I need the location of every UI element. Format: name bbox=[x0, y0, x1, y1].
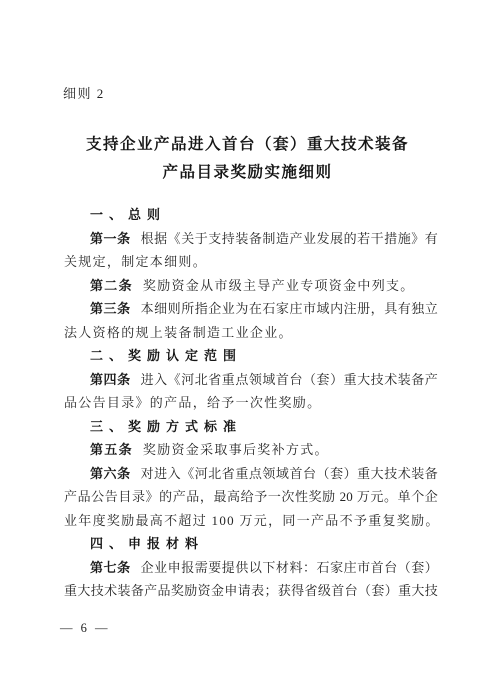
article-line: 第二条奖励资金从市级主导产业专项资金中列支。 bbox=[64, 274, 438, 298]
document-page: 细则 2 支持企业产品进入首台（套）重大技术装备 产品目录奖励实施细则 一、总则… bbox=[0, 0, 495, 699]
text-line: 品公告目录》的产品，给予一次性奖励。 bbox=[64, 391, 438, 415]
line-text: 企业申报需要提供以下材料：石家庄市首台（套） bbox=[141, 560, 438, 575]
section-heading: 四、申报材料 bbox=[64, 532, 438, 556]
title-line-2: 产品目录奖励实施细则 bbox=[30, 159, 465, 187]
text-line: 重大技术装备产品奖励资金申请表；获得省级首台（套）重大技 bbox=[64, 579, 438, 603]
document-body: 一、总则第一条根据《关于支持装备制造产业发展的若干措施》有关规定，制定本细则。第… bbox=[64, 203, 438, 603]
line-text: 重大技术装备产品奖励资金申请表；获得省级首台（套）重大技 bbox=[64, 583, 438, 598]
section-heading: 三、奖励方式标准 bbox=[64, 415, 438, 439]
article-line: 第一条根据《关于支持装备制造产业发展的若干措施》有 bbox=[64, 227, 438, 251]
text-line: 业年度奖励最高不超过 100 万元，同一产品不予重复奖励。 bbox=[64, 509, 438, 533]
article-number: 第四条 bbox=[90, 372, 131, 387]
page-number: — 6 — bbox=[60, 621, 110, 636]
article-number: 第二条 bbox=[90, 278, 133, 293]
section-heading: 二、奖励认定范围 bbox=[64, 344, 438, 368]
article-number: 第七条 bbox=[90, 560, 131, 575]
document-title: 支持企业产品进入首台（套）重大技术装备 产品目录奖励实施细则 bbox=[30, 131, 465, 186]
line-text: 根据《关于支持装备制造产业发展的若干措施》有 bbox=[141, 231, 438, 246]
line-text: 四、申报材料 bbox=[90, 536, 204, 551]
line-text: 对进入《河北省重点领域首台（套）重大技术装备 bbox=[141, 466, 438, 481]
line-text: 业年度奖励最高不超过 100 万元，同一产品不予重复奖励。 bbox=[64, 513, 438, 528]
article-number: 第三条 bbox=[90, 301, 131, 316]
line-text: 法人资格的规上装备制造工业企业。 bbox=[64, 325, 293, 340]
line-text: 二、奖励认定范围 bbox=[90, 348, 242, 363]
line-text: 进入《河北省重点领域首台（套）重大技术装备产 bbox=[141, 372, 438, 387]
line-text: 产品公告目录》的产品，最高给予一次性奖励 20 万元。单个企 bbox=[64, 489, 438, 504]
line-text: 奖励资金从市级主导产业专项资金中列支。 bbox=[143, 278, 415, 293]
article-number: 第五条 bbox=[90, 442, 133, 457]
article-line: 第五条奖励资金采取事后奖补方式。 bbox=[64, 438, 438, 462]
line-text: 奖励资金采取事后奖补方式。 bbox=[143, 442, 329, 457]
section-heading: 一、总则 bbox=[64, 203, 438, 227]
article-number: 第一条 bbox=[90, 231, 131, 246]
article-number: 第六条 bbox=[90, 466, 131, 481]
article-line: 第六条对进入《河北省重点领域首台（套）重大技术装备 bbox=[64, 462, 438, 486]
line-text: 本细则所指企业为在石家庄市域内注册，具有独立 bbox=[141, 301, 438, 316]
article-line: 第四条进入《河北省重点领域首台（套）重大技术装备产 bbox=[64, 368, 438, 392]
line-text: 品公告目录》的产品，给予一次性奖励。 bbox=[64, 395, 321, 410]
document-label: 细则 2 bbox=[63, 83, 105, 102]
text-line: 产品公告目录》的产品，最高给予一次性奖励 20 万元。单个企 bbox=[64, 485, 438, 509]
line-text: 关规定，制定本细则。 bbox=[64, 254, 207, 269]
article-line: 第三条本细则所指企业为在石家庄市域内注册，具有独立 bbox=[64, 297, 438, 321]
line-text: 一、总则 bbox=[90, 207, 166, 222]
text-line: 法人资格的规上装备制造工业企业。 bbox=[64, 321, 438, 345]
line-text: 三、奖励方式标准 bbox=[90, 419, 242, 434]
title-line-1: 支持企业产品进入首台（套）重大技术装备 bbox=[30, 131, 465, 159]
article-line: 第七条企业申报需要提供以下材料：石家庄市首台（套） bbox=[64, 556, 438, 580]
text-line: 关规定，制定本细则。 bbox=[64, 250, 438, 274]
